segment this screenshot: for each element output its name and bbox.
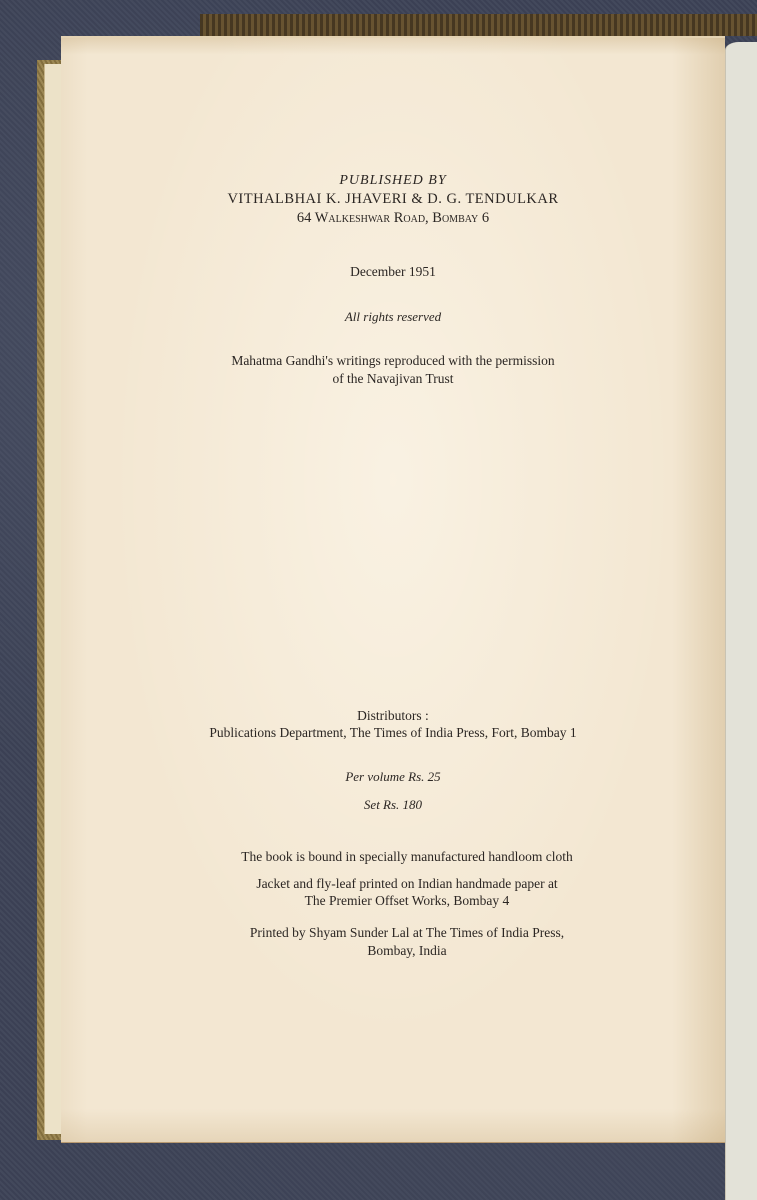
publishers-text: VITHALBHAI K. JHAVERI & D. G. TENDULKAR bbox=[61, 191, 725, 208]
facing-leaf-edge bbox=[725, 42, 757, 1200]
price-set: Set Rs. 180 bbox=[61, 797, 725, 813]
price-set-text: Set Rs. 180 bbox=[61, 797, 725, 813]
publication-date: December 1951 bbox=[61, 264, 725, 280]
price-per-volume: Per volume Rs. 25 bbox=[61, 769, 725, 785]
printer-line-1: Printed by Shyam Sunder Lal at The Times… bbox=[75, 924, 739, 942]
distributor-text: Publications Department, The Times of In… bbox=[61, 725, 725, 741]
permission-line-1: Mahatma Gandhi's writings reproduced wit… bbox=[61, 352, 725, 370]
price-per-volume-text: Per volume Rs. 25 bbox=[61, 769, 725, 785]
publisher-address: 64 Walkeshwar Road, Bombay 6 bbox=[61, 210, 725, 227]
rights-text: All rights reserved bbox=[61, 309, 725, 325]
book-cover-top-edge bbox=[200, 14, 757, 36]
date-text: December 1951 bbox=[61, 264, 725, 280]
rights-statement: All rights reserved bbox=[61, 309, 725, 325]
distributors-label: Distributors : bbox=[61, 708, 725, 724]
published-by-label: PUBLISHED BY bbox=[61, 173, 725, 189]
publisher-names: VITHALBHAI K. JHAVERI & D. G. TENDULKAR bbox=[61, 191, 725, 208]
distributor-name: Publications Department, The Times of In… bbox=[61, 725, 725, 741]
distributors-label-text: Distributors : bbox=[61, 708, 725, 724]
jacket-line-2: The Premier Offset Works, Bombay 4 bbox=[75, 892, 739, 909]
permission-statement: Mahatma Gandhi's writings reproduced wit… bbox=[61, 352, 725, 388]
address-text: 64 Walkeshwar Road, Bombay 6 bbox=[61, 210, 725, 227]
jacket-line-1: Jacket and fly-leaf printed on Indian ha… bbox=[75, 875, 739, 892]
binding-note: The book is bound in specially manufactu… bbox=[75, 849, 739, 865]
permission-line-2: of the Navajivan Trust bbox=[61, 370, 725, 388]
printer-line-2: Bombay, India bbox=[75, 942, 739, 960]
published-by-text: PUBLISHED BY bbox=[61, 173, 725, 189]
printer-note: Printed by Shyam Sunder Lal at The Times… bbox=[75, 924, 739, 960]
binding-text: The book is bound in specially manufactu… bbox=[75, 849, 739, 865]
jacket-note: Jacket and fly-leaf printed on Indian ha… bbox=[75, 875, 739, 909]
